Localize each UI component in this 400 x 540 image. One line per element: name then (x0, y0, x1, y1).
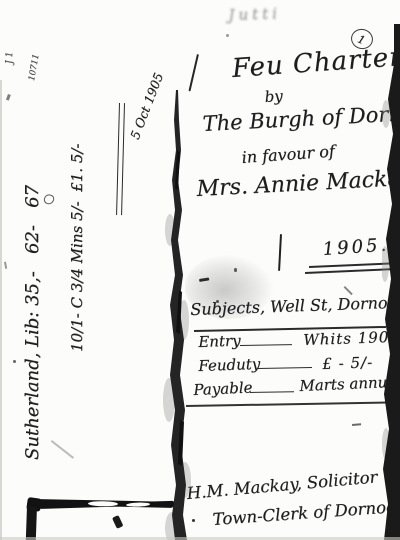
title-year: 1905. (322, 234, 390, 260)
title-line-5: Mrs. Annie Mackay. (196, 165, 400, 202)
margin-note-underline (116, 103, 125, 215)
row-dash-line (250, 391, 294, 393)
squiggle-mark (43, 193, 56, 206)
page-fold-line (156, 90, 200, 540)
signature-line-2: Town-Clerk of Dornoch (212, 496, 400, 528)
subjects-bottom-rule (186, 401, 396, 407)
ink-speck (4, 262, 7, 269)
subjects-row-value: £ - 5/- (322, 353, 373, 373)
document-page: Jutti 1 J 1 10711 Sutherland, Lib: 35,- … (0, 0, 400, 540)
ink-speck (234, 268, 237, 272)
title-line-4: in favour of (241, 141, 335, 166)
box-inner-tick (112, 515, 123, 529)
subjects-row-label: Feuduty (198, 355, 260, 375)
stray-dash-mark (352, 423, 361, 425)
subjects-row-label: Payable (193, 378, 253, 399)
title-line-3: The Burgh of Dornoch (202, 100, 400, 136)
margin-note-line1: Sutherland, Lib: 35,- 62- 67 (22, 92, 43, 460)
title-line-2: by (264, 87, 283, 106)
top-smudge-text: Jutti (228, 4, 281, 24)
row-dash-line (258, 367, 312, 369)
title-line-1: Feu Charter (231, 42, 400, 84)
pen-slash-mark (188, 54, 198, 91)
margin-ref-number: 10711 (27, 35, 45, 82)
scratch-mark (51, 440, 74, 458)
ink-speck (6, 94, 11, 101)
scan-right-edge (382, 24, 400, 540)
margin-note-line2: 10/1- C 3/4 Mins 5/- £1. 5/- (68, 106, 86, 352)
pen-stroke-mark (278, 234, 282, 271)
subjects-row-label: Entry (198, 332, 241, 351)
signature-line-1: H.M. Mackay, Solicitor (186, 467, 378, 503)
ink-speck (226, 34, 229, 37)
scan-left-edge (0, 80, 2, 540)
margin-ref-letter: J 1 (5, 22, 15, 64)
row-dash-line (240, 344, 292, 346)
box-left-stroke (26, 506, 37, 540)
ink-speck (13, 360, 16, 363)
